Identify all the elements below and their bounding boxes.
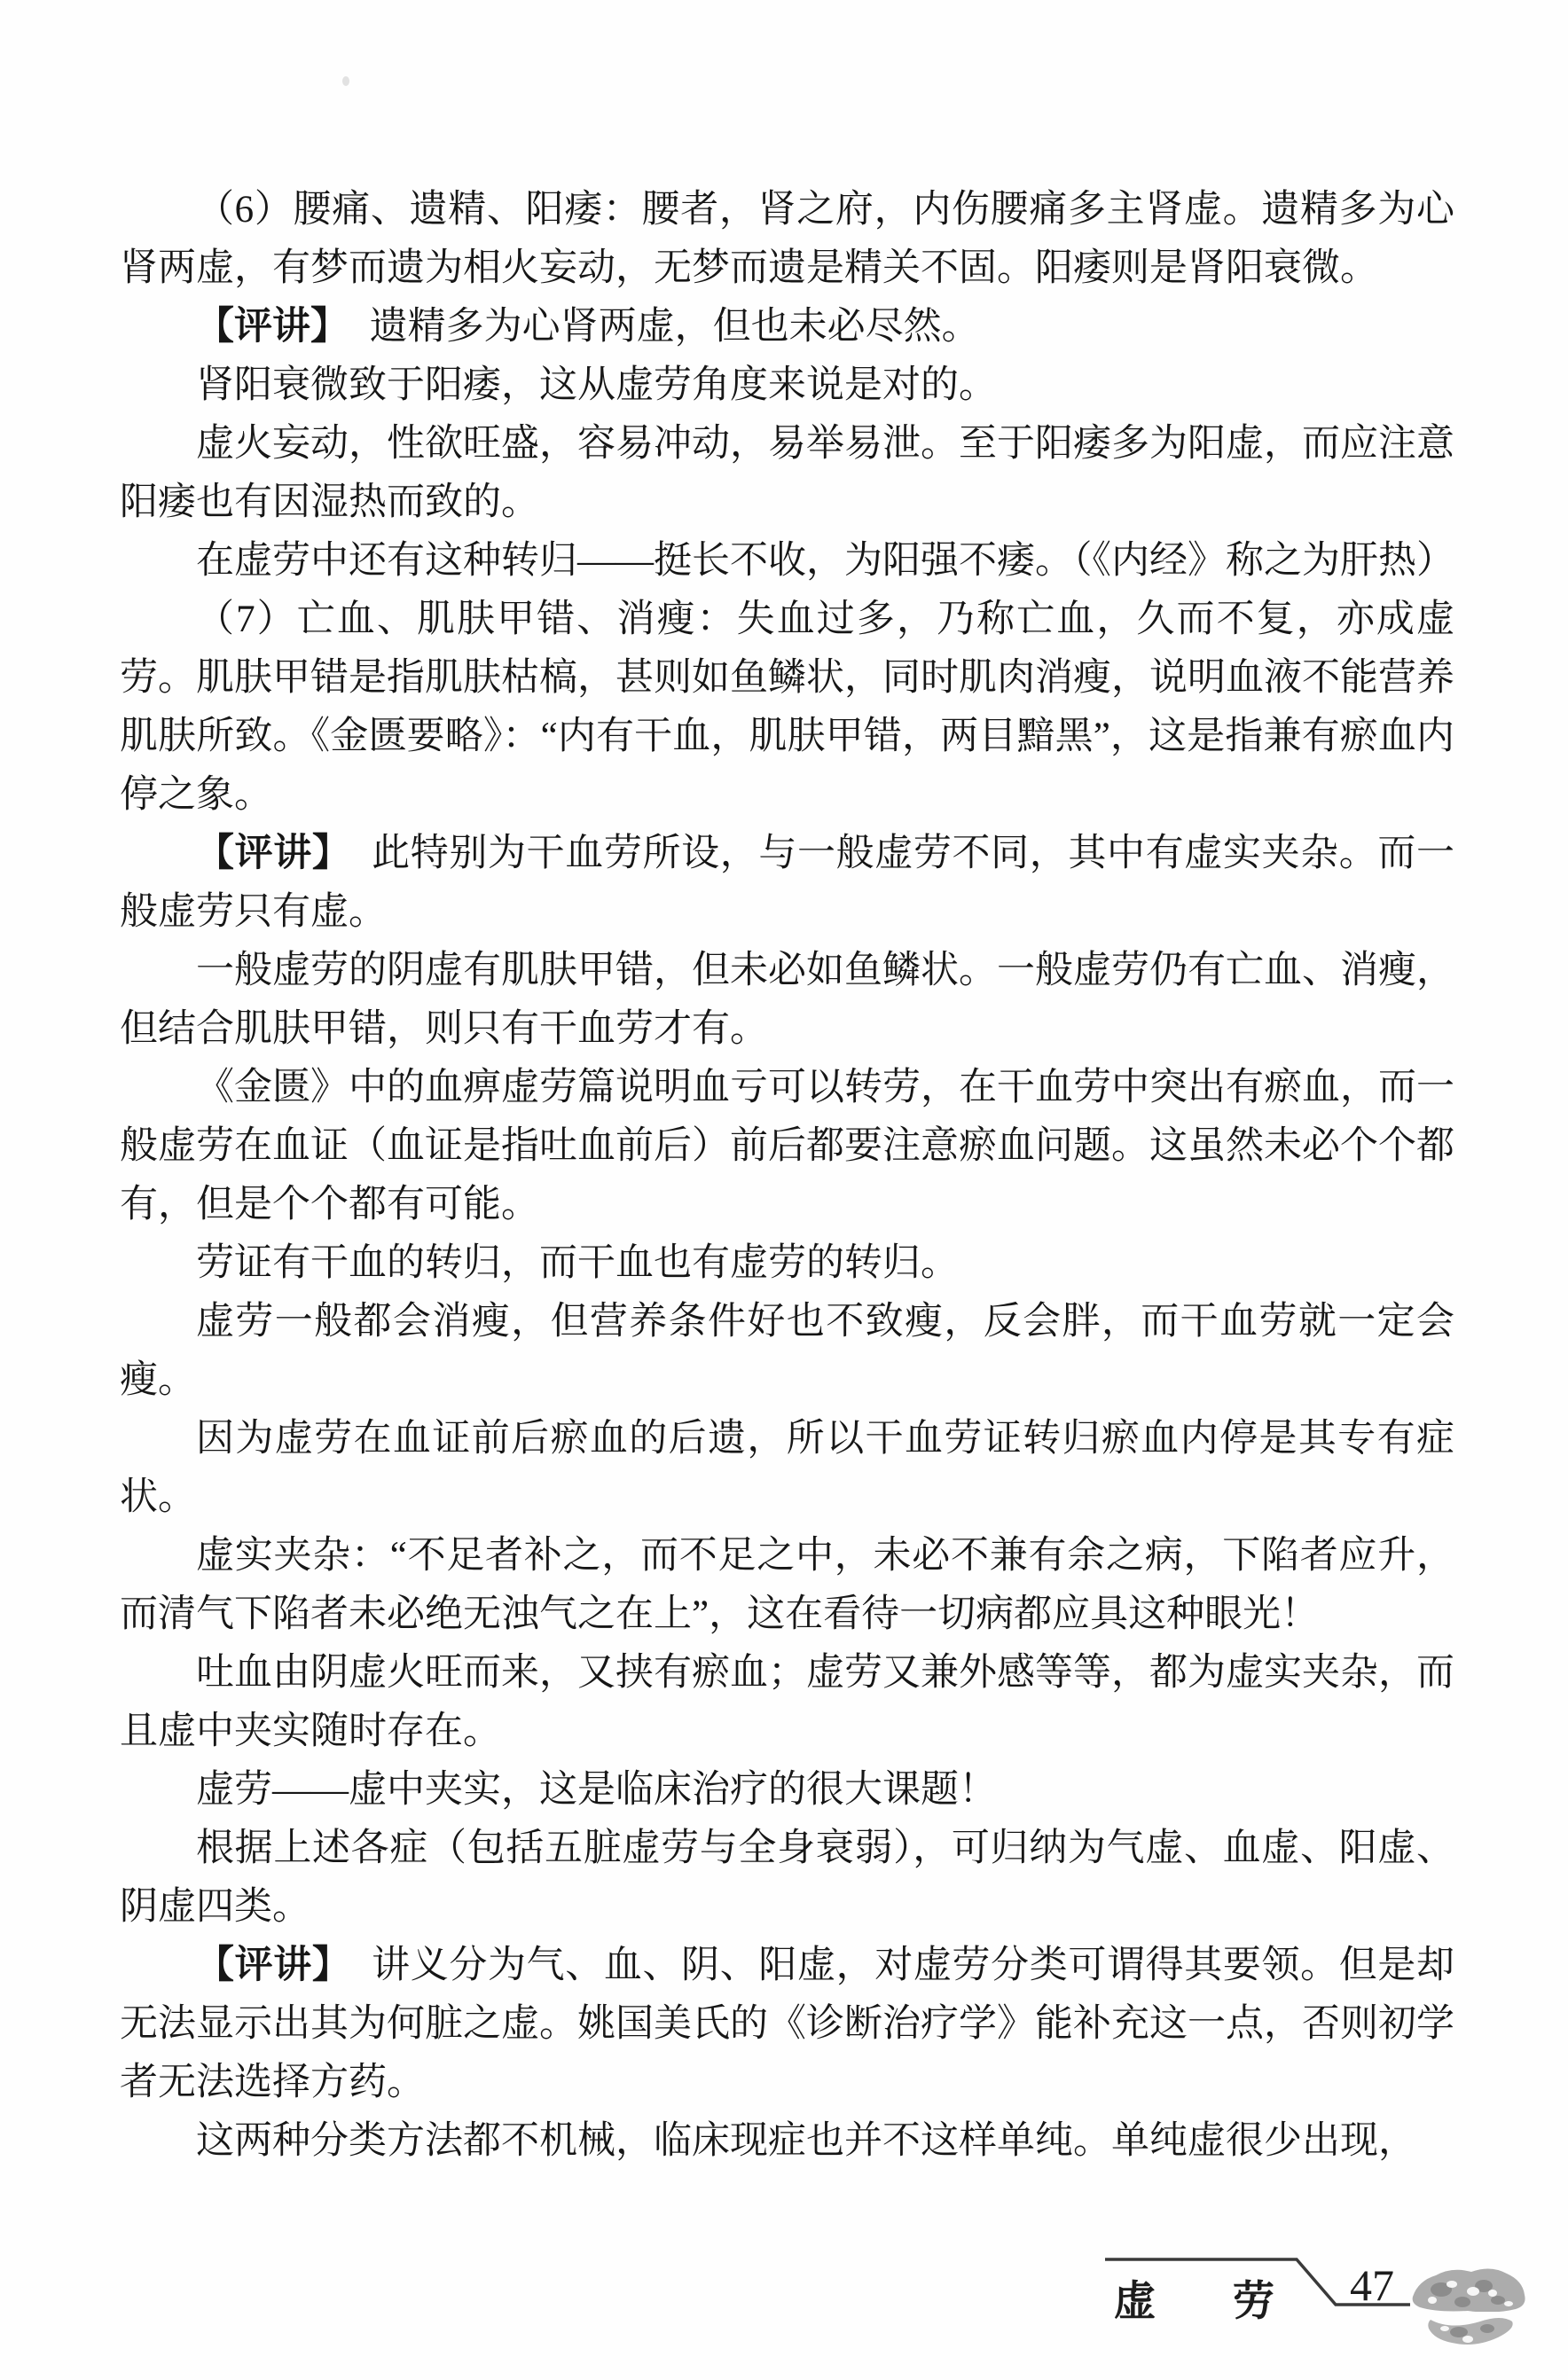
paragraph: （7）亡血、肌肤甲错、消瘦：失血过多，乃称亡血，久而不复，亦成虚劳。肌肤甲错是指… xyxy=(120,591,1454,825)
paragraph-text: 一般虚劳的阴虚有肌肤甲错，但未必如鱼鳞状。一般虚劳仍有亡血、消瘦，但结合肌肤甲错… xyxy=(120,950,1454,1050)
paragraph: 在虚劳中还有这种转归——挺长不收，为阳强不痿。（《内经》称之为肝热） xyxy=(120,532,1454,591)
comment-paragraph: 【评讲】此特别为干血劳所设，与一般虚劳不同，其中有虚实夹杂。而一般虚劳只有虚。 xyxy=(120,825,1454,942)
paragraph: 肾阳衰微致于阳痿，这从虚劳角度来说是对的。 xyxy=(120,356,1454,415)
paragraph: 劳证有干血的转归，而干血也有虚劳的转归。 xyxy=(120,1234,1454,1293)
paragraph-text: 虚火妄动，性欲旺盛，容易冲动，易举易泄。至于阳痿多为阳虚，而应注意阳痿也有因湿热… xyxy=(120,423,1454,523)
paragraph-text: 虚劳一般都会消瘦，但营养条件好也不致瘦，反会胖，而干血劳就一定会瘦。 xyxy=(120,1301,1454,1401)
footer-chapter-title: 虚劳 xyxy=(1114,2268,1352,2328)
paragraph-text: 肾阳衰微致于阳痿，这从虚劳角度来说是对的。 xyxy=(196,364,997,406)
comment-paragraph: 【评讲】讲义分为气、血、阴、阳虚，对虚劳分类可谓得其要领。但是却无法显示出其为何… xyxy=(120,1937,1454,2112)
paragraph-text: （6）腰痛、遗精、阳痿：腰者，肾之府，内伤腰痛多主肾虚。遗精多为心肾两虚，有梦而… xyxy=(120,189,1454,289)
comment-label: 【评讲】 xyxy=(196,1945,351,1986)
paragraph-text: 根据上述各症（包括五脏虚劳与全身衰弱），可归纳为气虚、血虚、阳虚、阴虚四类。 xyxy=(120,1828,1454,1928)
paragraph: 一般虚劳的阴虚有肌肤甲错，但未必如鱼鳞状。一般虚劳仍有亡血、消瘦，但结合肌肤甲错… xyxy=(120,942,1454,1059)
paragraph-text: 这两种分类方法都不机械，临床现症也并不这样单纯。单纯虚很少出现， xyxy=(196,2120,1416,2162)
comment-label: 【评讲】 xyxy=(196,306,349,348)
paragraph-text: 劳证有干血的转归，而干血也有虚劳的转归。 xyxy=(196,1242,959,1284)
footer-rule-line xyxy=(1105,2252,1417,2311)
paragraph-text: 虚劳——虚中夹实，这是临床治疗的很大课题！ xyxy=(196,1769,997,1811)
paragraph: （6）腰痛、遗精、阳痿：腰者，肾之府，内伤腰痛多主肾虚。遗精多为心肾两虚，有梦而… xyxy=(120,181,1454,298)
page-body-text: （6）腰痛、遗精、阳痿：腰者，肾之府，内伤腰痛多主肾虚。遗精多为心肾两虚，有梦而… xyxy=(120,181,1454,2171)
paragraph: 《金匮》中的血痹虚劳篇说明血亏可以转劳，在干血劳中突出有瘀血，而一般虚劳在血证（… xyxy=(120,1059,1454,1234)
footer-page-number: 47 xyxy=(1350,2259,1394,2311)
paragraph: 虚实夹杂：“不足者补之，而不足之中，未必不兼有余之病，下陷者应升，而清气下陷者未… xyxy=(120,1527,1454,1644)
paragraph-text: （7）亡血、肌肤甲错、消瘦：失血过多，乃称亡血，久而不复，亦成虚劳。肌肤甲错是指… xyxy=(120,599,1454,816)
paragraph: 这两种分类方法都不机械，临床现症也并不这样单纯。单纯虚很少出现， xyxy=(120,2112,1454,2171)
ink-stamp-smudge xyxy=(1406,2259,1532,2357)
paragraph-text: 遗精多为心肾两虚，但也未必尽然。 xyxy=(370,306,980,348)
paragraph: 虚火妄动，性欲旺盛，容易冲动，易举易泄。至于阳痿多为阳虚，而应注意阳痿也有因湿热… xyxy=(120,415,1454,532)
paragraph: 虚劳——虚中夹实，这是临床治疗的很大课题！ xyxy=(120,1761,1454,1820)
paragraph: 虚劳一般都会消瘦，但营养条件好也不致瘦，反会胖，而干血劳就一定会瘦。 xyxy=(120,1293,1454,1410)
paragraph-text: 虚实夹杂：“不足者补之，而不足之中，未必不兼有余之病，下陷者应升，而清气下陷者未… xyxy=(120,1535,1454,1635)
paragraph: 根据上述各症（包括五脏虚劳与全身衰弱），可归纳为气虚、血虚、阳虚、阴虚四类。 xyxy=(120,1820,1454,1937)
paragraph: 吐血由阴虚火旺而来，又挟有瘀血；虚劳又兼外感等等，都为虚实夹杂，而且虚中夹实随时… xyxy=(120,1644,1454,1761)
paragraph-text: 在虚劳中还有这种转归——挺长不收，为阳强不痿。（《内经》称之为肝热） xyxy=(196,540,1454,582)
comment-label: 【评讲】 xyxy=(196,833,351,874)
paragraph: 因为虚劳在血证前后瘀血的后遗，所以干血劳证转归瘀血内停是其专有症状。 xyxy=(120,1410,1454,1527)
book-page: （6）腰痛、遗精、阳痿：腰者，肾之府，内伤腰痛多主肾虚。遗精多为心肾两虚，有梦而… xyxy=(0,0,1568,2380)
comment-paragraph: 【评讲】遗精多为心肾两虚，但也未必尽然。 xyxy=(120,298,1454,356)
paper-speck xyxy=(342,76,349,86)
paragraph-text: 因为虚劳在血证前后瘀血的后遗，所以干血劳证转归瘀血内停是其专有症状。 xyxy=(120,1418,1454,1518)
paragraph-text: 《金匮》中的血痹虚劳篇说明血亏可以转劳，在干血劳中突出有瘀血，而一般虚劳在血证（… xyxy=(120,1067,1454,1225)
paragraph-text: 吐血由阴虚火旺而来，又挟有瘀血；虚劳又兼外感等等，都为虚实夹杂，而且虚中夹实随时… xyxy=(120,1652,1454,1752)
